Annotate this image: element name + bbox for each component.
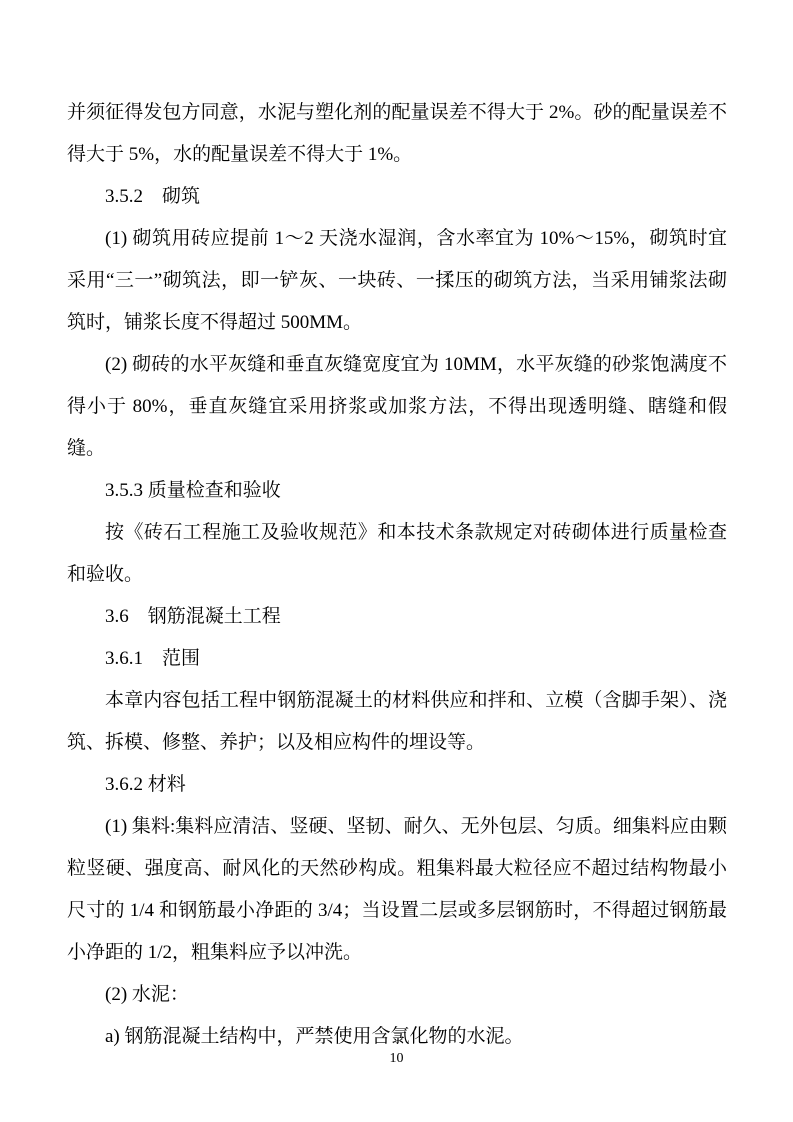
paragraph: 按《砖石工程施工及验收规范》和本技术条款规定对砖砌体进行质量检查和验收。 [67,512,727,596]
paragraph: (1) 砌筑用砖应提前 1～2 天浇水湿润，含水率宜为 10%～15%，砌筑时宜… [67,218,727,344]
section-heading-3-6: 3.6 钢筋混凝土工程 [67,596,727,638]
page-content: 并须征得发包方同意，水泥与塑化剂的配量误差不得大于 2%。砂的配量误差不得大于 … [67,92,727,1058]
section-heading-3-6-2: 3.6.2 材料 [67,764,727,806]
section-heading-3-6-1: 3.6.1 范围 [67,638,727,680]
document-page: 并须征得发包方同意，水泥与塑化剂的配量误差不得大于 2%。砂的配量误差不得大于 … [0,0,793,1122]
page-footer: 10 [0,1050,793,1068]
section-heading-3-5-2: 3.5.2 砌筑 [67,176,727,218]
paragraph: 本章内容包括工程中钢筋混凝土的材料供应和拌和、立模（含脚手架）、浇筑、拆模、修整… [67,680,727,764]
paragraph: (1) 集料:集料应清洁、竖硬、坚韧、耐久、无外包层、匀质。细集料应由颗粒竖硬、… [67,806,727,974]
paragraph: (2) 砌砖的水平灰缝和垂直灰缝宽度宜为 10MM，水平灰缝的砂浆饱满度不得小于… [67,344,727,470]
section-heading-3-5-3: 3.5.3 质量检查和验收 [67,470,727,512]
page-number: 10 [390,1051,404,1066]
paragraph: 并须征得发包方同意，水泥与塑化剂的配量误差不得大于 2%。砂的配量误差不得大于 … [67,92,727,176]
paragraph: (2) 水泥： [67,974,727,1016]
